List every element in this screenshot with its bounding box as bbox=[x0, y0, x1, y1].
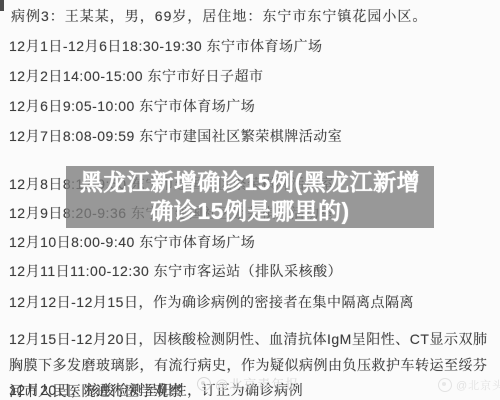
timeline-entry: 12月1日-12月6日18:30-19:30 东宁市体育场广场 bbox=[9, 36, 323, 56]
watermark-text: @北京头条 bbox=[456, 377, 500, 393]
timeline-entry: 12月12日-12月15日，作为确诊病例的密接者在集中隔离点隔离 bbox=[9, 292, 414, 312]
case-summary: 病例3：王某某，男，69岁，居住地：东宁市东宁镇花园小区。 bbox=[11, 6, 427, 26]
timeline-entry: 12月10日8:00-9:40 东宁市体育场广场 bbox=[9, 232, 255, 252]
timeline-entry: 12月7日8:08-09:59 东宁市建国社区繁荣棋牌活动室 bbox=[9, 126, 342, 146]
timeline-entry: 12月11日11:00-12:30 东宁市客运站（排队采核酸） bbox=[9, 261, 342, 281]
article-screenshot: 病例3：王某某，男，69岁，居住地：东宁市东宁镇花园小区。 12月1日-12月6… bbox=[0, 0, 500, 400]
timeline-entry: 12月6日9:05-10:00 东宁市体育场广场 bbox=[9, 96, 255, 116]
watermark-right: @北京头条 bbox=[438, 377, 500, 393]
timeline-entry: 12月2日14:00-15:00 东宁市好日子超市 bbox=[9, 66, 263, 86]
watermark-center: @北京青年报 bbox=[197, 374, 299, 393]
corner-artifact bbox=[0, 0, 4, 11]
press-logo-icon bbox=[197, 377, 211, 391]
overlay-title: 黑龙江新增确诊15例(黑龙江新增确诊15例是哪里的) bbox=[70, 168, 430, 226]
watermark-text: @北京青年报 bbox=[215, 374, 299, 393]
press-logo-icon bbox=[438, 378, 452, 392]
title-overlay: 黑龙江新增确诊15例(黑龙江新增确诊15例是哪里的) bbox=[66, 166, 434, 228]
